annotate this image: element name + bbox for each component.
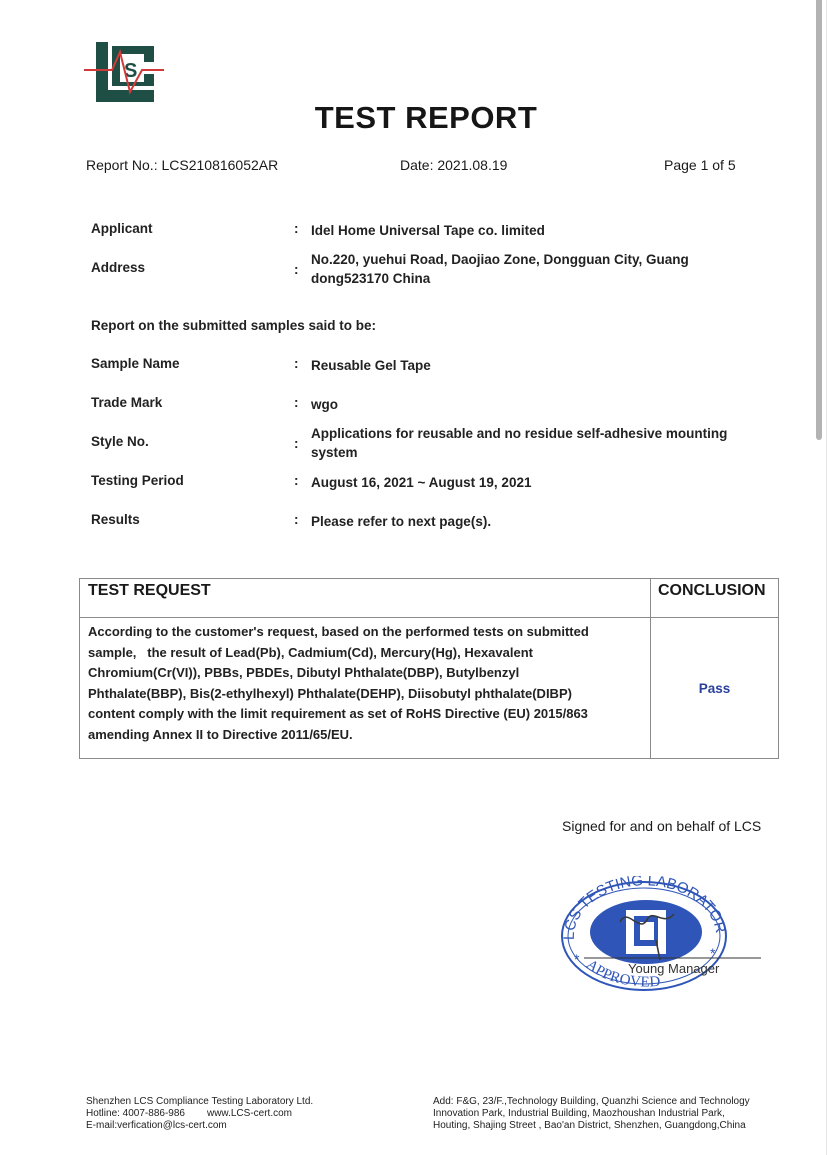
test-request-line: Phthalate(BBP), Bis(2-ethylhexyl) Phthal… xyxy=(88,684,644,705)
address-line: dong523170 China xyxy=(311,271,430,286)
test-request-line: Chromium(Cr(VI)), PBBs, PBDEs, Dibutyl P… xyxy=(88,663,644,684)
applicant-value: Idel Home Universal Tape co. limited xyxy=(311,221,741,240)
page-title: TEST REPORT xyxy=(0,100,828,136)
colon: : xyxy=(294,512,299,527)
footer-hotline: Hotline: 4007-886-986 xyxy=(86,1108,185,1119)
report-date: Date: 2021.08.19 xyxy=(400,157,507,173)
test-request-line: sample, the result of Lead(Pb), Cadmium(… xyxy=(88,643,644,664)
style-no-row: Style No. : Applications for reusable an… xyxy=(91,424,751,464)
field-value: Applications for reusable and no residue… xyxy=(311,424,751,462)
table-header-row: TEST REQUEST CONCLUSION xyxy=(80,579,779,618)
test-request-line: According to the customer's request, bas… xyxy=(88,622,644,643)
footer-company: Shenzhen LCS Compliance Testing Laborato… xyxy=(86,1096,313,1108)
samples-intro: Report on the submitted samples said to … xyxy=(91,318,376,333)
colon: : xyxy=(294,395,299,410)
field-label: Trade Mark xyxy=(91,395,162,410)
field-label: Results xyxy=(91,512,140,527)
colon: : xyxy=(294,473,299,488)
signer-name: Young Manager xyxy=(628,961,720,976)
trade-mark-row: Trade Mark : wgo xyxy=(91,395,751,415)
test-request-header: TEST REQUEST xyxy=(80,579,651,618)
conclusion-value: Pass xyxy=(651,618,779,759)
approval-stamp: LCS TESTING LABORATORY APPROVED * * Youn… xyxy=(556,876,776,994)
stamp-icon: LCS TESTING LABORATORY APPROVED * * Youn… xyxy=(556,876,776,994)
colon: : xyxy=(294,262,299,277)
field-label: Sample Name xyxy=(91,356,180,371)
address-line: No.220, yuehui Road, Daojiao Zone, Dongg… xyxy=(311,252,689,267)
field-value: August 16, 2021 ~ August 19, 2021 xyxy=(311,473,741,492)
address-row: Address : No.220, yuehui Road, Daojiao Z… xyxy=(91,250,751,290)
results-row: Results : Please refer to next page(s). xyxy=(91,512,751,532)
applicant-label: Applicant xyxy=(91,221,153,236)
report-number: Report No.: LCS210816052AR xyxy=(86,157,278,173)
field-label: Style No. xyxy=(91,434,149,449)
footer-address: Add: F&G, 23/F.,Technology Building, Qua… xyxy=(433,1096,750,1132)
table-row: According to the customer's request, bas… xyxy=(80,618,779,759)
footer-website-link[interactable]: www.LCS-cert.com xyxy=(207,1108,292,1119)
svg-text:*: * xyxy=(710,945,716,961)
footer-address-line: Houting, Shajing Street , Bao'an Distric… xyxy=(433,1120,750,1132)
colon: : xyxy=(294,221,299,236)
signed-on-behalf: Signed for and on behalf of LCS xyxy=(562,818,761,834)
footer-company-info: Shenzhen LCS Compliance Testing Laborato… xyxy=(86,1096,313,1132)
testing-period-row: Testing Period : August 16, 2021 ~ Augus… xyxy=(91,473,751,493)
scroll-track xyxy=(826,0,827,1155)
scrollbar-thumb[interactable] xyxy=(816,0,822,440)
field-value: Please refer to next page(s). xyxy=(311,512,741,531)
colon: : xyxy=(294,436,299,451)
colon: : xyxy=(294,356,299,371)
page-indicator: Page 1 of 5 xyxy=(664,157,736,173)
address-label: Address xyxy=(91,260,145,275)
test-request-line: content comply with the limit requiremen… xyxy=(88,704,644,725)
field-label: Testing Period xyxy=(91,473,184,488)
address-value: No.220, yuehui Road, Daojiao Zone, Dongg… xyxy=(311,250,741,288)
footer-address-line: Add: F&G, 23/F.,Technology Building, Qua… xyxy=(433,1096,750,1108)
sample-name-row: Sample Name : Reusable Gel Tape xyxy=(91,356,751,376)
svg-text:*: * xyxy=(574,951,580,967)
test-request-text: According to the customer's request, bas… xyxy=(80,618,651,759)
conclusion-header: CONCLUSION xyxy=(651,579,779,618)
test-request-line: amending Annex II to Directive 2011/65/E… xyxy=(88,725,644,746)
test-request-table: TEST REQUEST CONCLUSION According to the… xyxy=(79,578,779,759)
field-value: wgo xyxy=(311,395,741,414)
lcs-logo-icon: S xyxy=(82,40,166,106)
applicant-row: Applicant : Idel Home Universal Tape co.… xyxy=(91,221,751,241)
footer-address-line: Innovation Park, Industrial Building, Ma… xyxy=(433,1108,750,1120)
footer-email-link[interactable]: E-mail:verfication@lcs-cert.com xyxy=(86,1120,313,1132)
field-value: Reusable Gel Tape xyxy=(311,356,741,375)
